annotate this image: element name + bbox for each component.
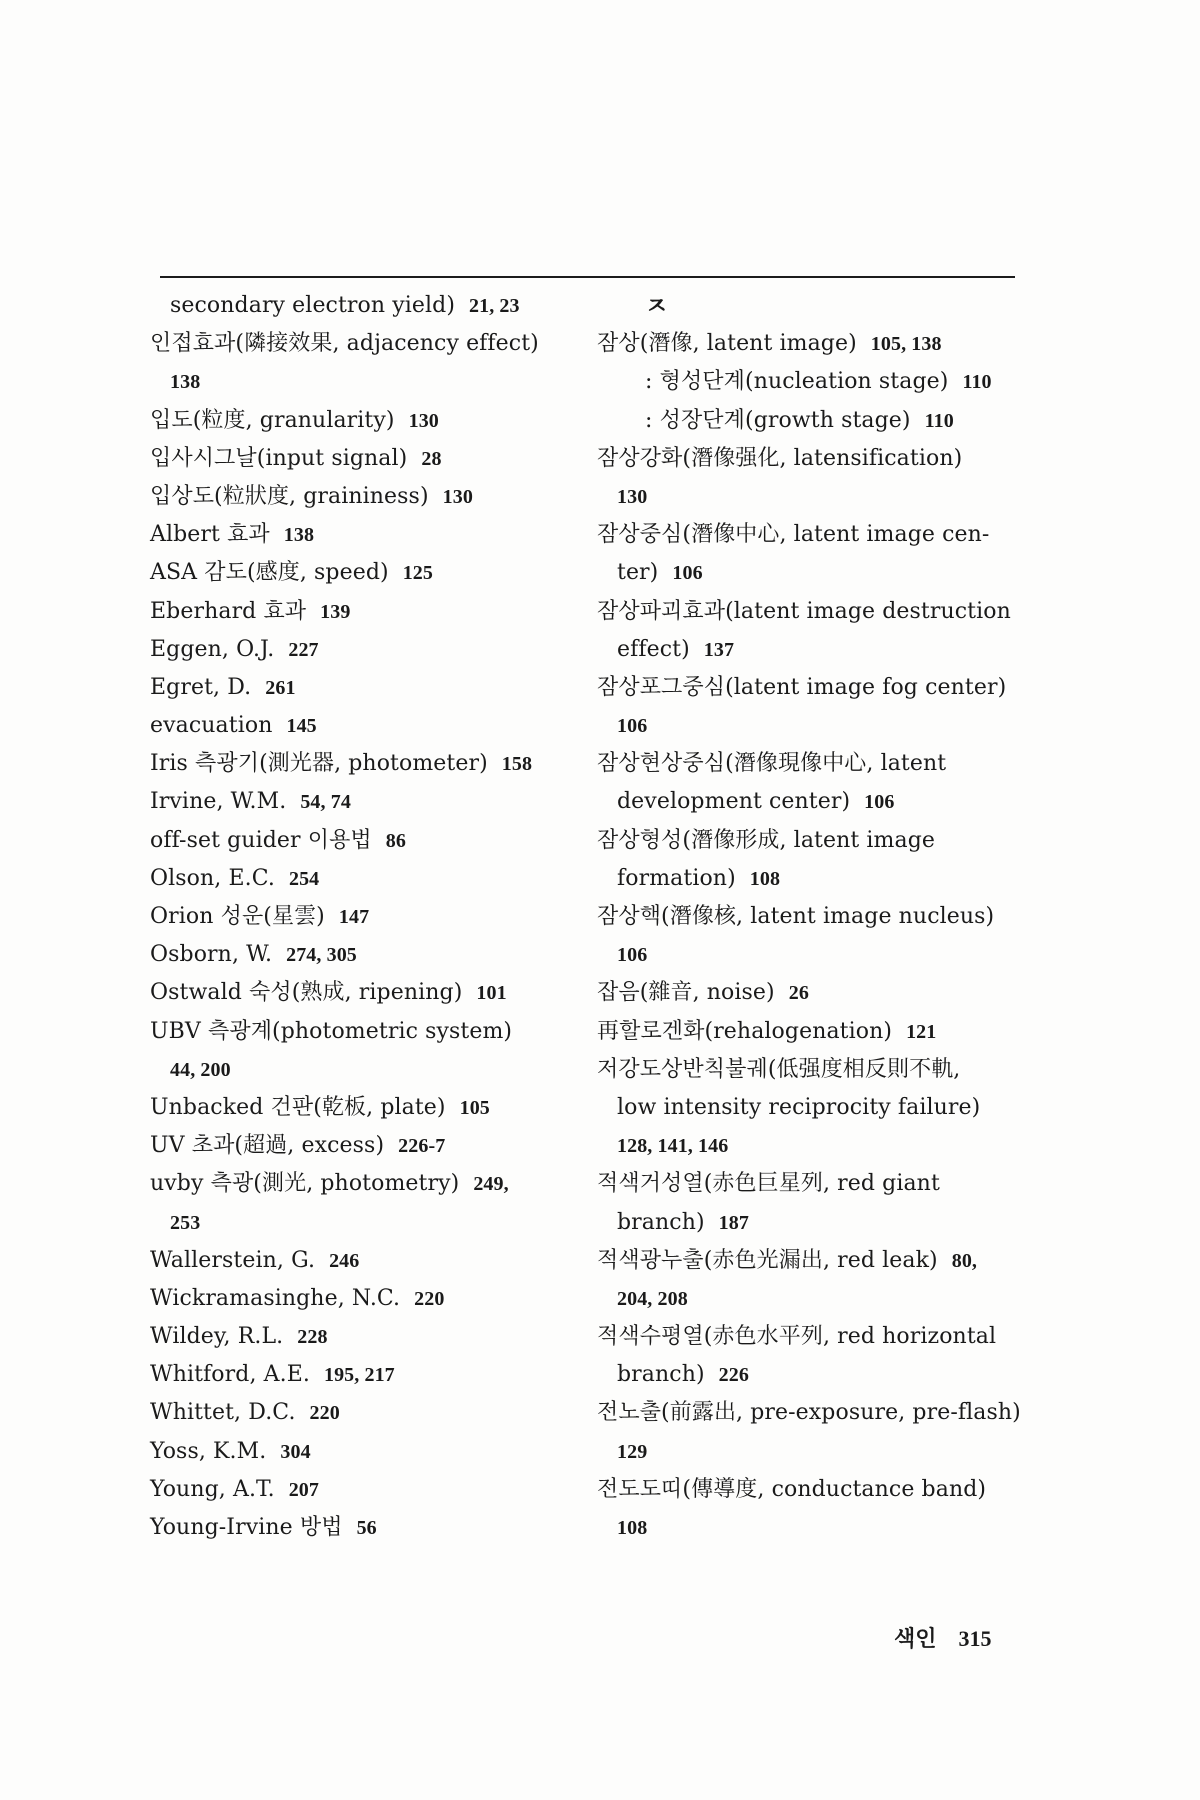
entry-term: UBV 측광계(photometric system) xyxy=(150,1019,512,1044)
entry-term: 인접효과(隣接效果, adjacency effect) xyxy=(150,331,539,356)
index-entry: 잠상파괴효과(latent image destruction xyxy=(597,593,1027,631)
index-entry: 106 xyxy=(597,936,1027,974)
entry-term: development center) xyxy=(617,789,850,814)
entry-pages: 253 xyxy=(170,1212,200,1234)
entry-pages: 106 xyxy=(617,715,647,737)
entry-pages: 105, 138 xyxy=(871,333,942,355)
index-entry: 108 xyxy=(597,1509,1027,1547)
index-entry: ASA 감도(感度, speed)125 xyxy=(150,554,570,592)
entry-pages: 274, 305 xyxy=(286,944,357,966)
index-entry: UBV 측광계(photometric system) xyxy=(150,1013,570,1051)
entry-term: Unbacked 건판(乾板, plate) xyxy=(150,1095,446,1120)
entry-pages: 130 xyxy=(443,486,473,508)
index-entry: effect)137 xyxy=(597,631,1027,669)
entry-term: Wallerstein, G. xyxy=(150,1248,315,1273)
index-entry: Young-Irvine 방법56 xyxy=(150,1509,570,1547)
index-entry: Eggen, O.J.227 xyxy=(150,631,570,669)
entry-term: 전도도띠(傳導度, conductance band) xyxy=(597,1477,986,1502)
entry-pages: 56 xyxy=(357,1517,377,1539)
entry-term: Ostwald 숙성(熟成, ripening) xyxy=(150,980,462,1005)
index-entry: branch)226 xyxy=(597,1356,1027,1394)
entry-term: Orion 성운(星雲) xyxy=(150,904,325,929)
entry-term: 전노출(前露出, pre-exposure, pre-flash) xyxy=(597,1400,1021,1425)
section-heading: ㅈ xyxy=(597,287,1027,325)
page-footer: 색인315 xyxy=(894,1622,992,1653)
entry-pages: 147 xyxy=(339,906,369,928)
index-entry: 잠상(潛像, latent image)105, 138 xyxy=(597,325,1027,363)
entry-pages: 137 xyxy=(704,639,734,661)
index-entry: 적색거성열(赤色巨星列, red giant xyxy=(597,1165,1027,1203)
entry-term: low intensity reciprocity failure) xyxy=(617,1095,980,1120)
index-entry: formation)108 xyxy=(597,860,1027,898)
index-entry: secondary electron yield)21, 23 xyxy=(150,287,570,325)
entry-pages: 138 xyxy=(284,524,314,546)
entry-pages: 254 xyxy=(289,868,319,890)
entry-pages: 129 xyxy=(617,1441,647,1463)
entry-pages: 125 xyxy=(403,562,433,584)
entry-pages: 54, 74 xyxy=(300,791,351,813)
entry-pages: 187 xyxy=(719,1212,749,1234)
entry-term: 잠상강화(潛像强化, latensification) xyxy=(597,446,962,471)
index-entry: 204, 208 xyxy=(597,1280,1027,1318)
entry-term: uvby 측광(測光, photometry) xyxy=(150,1171,459,1196)
entry-pages: 226 xyxy=(719,1364,749,1386)
entry-pages: 105 xyxy=(460,1097,490,1119)
entry-term: 잠상파괴효과(latent image destruction xyxy=(597,599,1011,624)
index-entry: 잡음(雜音, noise)26 xyxy=(597,974,1027,1012)
entry-term: 잠상형성(潛像形成, latent image xyxy=(597,828,935,853)
entry-term: Whitford, A.E. xyxy=(150,1362,310,1387)
index-entry: Yoss, K.M.304 xyxy=(150,1433,570,1471)
entry-pages: 28 xyxy=(421,448,441,470)
entry-pages: 110 xyxy=(925,410,954,432)
index-entry: 253 xyxy=(150,1204,570,1242)
index-entry: 전노출(前露出, pre-exposure, pre-flash) xyxy=(597,1394,1027,1432)
entry-pages: 246 xyxy=(329,1250,359,1272)
index-entry: 잠상핵(潛像核, latent image nucleus) xyxy=(597,898,1027,936)
index-entry: Wickramasinghe, N.C.220 xyxy=(150,1280,570,1318)
entry-term: Albert 효과 xyxy=(150,522,270,547)
index-entry: uvby 측광(測光, photometry)249, xyxy=(150,1165,570,1203)
entry-pages: 158 xyxy=(502,753,532,775)
entry-term: 입도(粒度, granularity) xyxy=(150,408,395,433)
entry-pages: 106 xyxy=(672,562,702,584)
entry-pages: 228 xyxy=(297,1326,327,1348)
entry-term: 적색광누출(赤色光漏出, red leak) xyxy=(597,1248,938,1273)
entry-pages: 101 xyxy=(476,982,506,1004)
entry-term: 잠상핵(潛像核, latent image nucleus) xyxy=(597,904,994,929)
entry-term: branch) xyxy=(617,1362,705,1387)
index-entry: 적색광누출(赤色光漏出, red leak)80, xyxy=(597,1242,1027,1280)
entry-term: Whittet, D.C. xyxy=(150,1400,296,1425)
index-entry: UV 초과(超過, excess)226-7 xyxy=(150,1127,570,1165)
entry-term: Wildey, R.L. xyxy=(150,1324,283,1349)
index-entry: 再할로겐화(rehalogenation)121 xyxy=(597,1013,1027,1051)
entry-pages: 121 xyxy=(906,1021,936,1043)
entry-pages: 249, xyxy=(473,1173,508,1195)
entry-term: Osborn, W. xyxy=(150,942,272,967)
index-entry: 저강도상반칙불궤(低强度相反則不軌, xyxy=(597,1051,1027,1089)
index-entry: 입사시그날(input signal)28 xyxy=(150,440,570,478)
entry-pages: 128, 141, 146 xyxy=(617,1135,728,1157)
entry-term: evacuation xyxy=(150,713,272,738)
index-entry: evacuation145 xyxy=(150,707,570,745)
index-entry: 106 xyxy=(597,707,1027,745)
index-entry: 전도도띠(傳導度, conductance band) xyxy=(597,1471,1027,1509)
entry-term: effect) xyxy=(617,637,690,662)
page-number: 315 xyxy=(959,1626,992,1651)
index-entry: 잠상포그중심(latent image fog center) xyxy=(597,669,1027,707)
header-rule xyxy=(160,276,1015,278)
index-entry: Wildey, R.L.228 xyxy=(150,1318,570,1356)
index-entry: 입도(粒度, granularity)130 xyxy=(150,402,570,440)
index-entry: 44, 200 xyxy=(150,1051,570,1089)
entry-term: Yoss, K.M. xyxy=(150,1439,266,1464)
index-entry: 129 xyxy=(597,1433,1027,1471)
entry-term: 잠상현상중심(潛像現像中心, latent xyxy=(597,751,946,776)
index-entry: 128, 141, 146 xyxy=(597,1127,1027,1165)
entry-term: Irvine, W.M. xyxy=(150,789,286,814)
entry-pages: 226-7 xyxy=(398,1135,445,1157)
index-entry: : 성장단계(growth stage)110 xyxy=(597,402,1027,440)
entry-term: Egret, D. xyxy=(150,675,251,700)
entry-term: 입상도(粒狀度, graininess) xyxy=(150,484,429,509)
index-entry: 적색수평열(赤色水平列, red horizontal xyxy=(597,1318,1027,1356)
entry-pages: 304 xyxy=(280,1441,310,1463)
index-entry: Whitford, A.E.195, 217 xyxy=(150,1356,570,1394)
entry-pages: 110 xyxy=(962,371,991,393)
entry-pages: 108 xyxy=(750,868,780,890)
entry-term: branch) xyxy=(617,1210,705,1235)
entry-pages: 130 xyxy=(409,410,439,432)
entry-term: Olson, E.C. xyxy=(150,866,275,891)
entry-term: ASA 감도(感度, speed) xyxy=(150,560,389,585)
index-entry: 138 xyxy=(150,363,570,401)
index-entry: 잠상현상중심(潛像現像中心, latent xyxy=(597,745,1027,783)
index-entry: Albert 효과138 xyxy=(150,516,570,554)
footer-label: 색인 xyxy=(894,1626,937,1652)
entry-term: 잡음(雜音, noise) xyxy=(597,980,775,1005)
index-entry: Orion 성운(星雲)147 xyxy=(150,898,570,936)
index-entry: 잠상형성(潛像形成, latent image xyxy=(597,822,1027,860)
entry-term: UV 초과(超過, excess) xyxy=(150,1133,384,1158)
entry-pages: 106 xyxy=(864,791,894,813)
entry-pages: 207 xyxy=(289,1479,319,1501)
entry-term: : 성장단계(growth stage) xyxy=(645,408,911,433)
index-entry: development center)106 xyxy=(597,783,1027,821)
entry-term: 입사시그날(input signal) xyxy=(150,446,407,471)
entry-pages: 86 xyxy=(386,830,406,852)
entry-pages: 26 xyxy=(789,982,809,1004)
index-entry: branch)187 xyxy=(597,1204,1027,1242)
index-column-left: secondary electron yield)21, 23인접효과(隣接效果… xyxy=(150,287,570,1547)
index-entry: Iris 측광기(測光器, photometer)158 xyxy=(150,745,570,783)
entry-pages: 80, xyxy=(952,1250,977,1272)
entry-term: 잠상중심(潛像中心, latent image cen- xyxy=(597,522,989,547)
index-entry: 130 xyxy=(597,478,1027,516)
entry-pages: 227 xyxy=(288,639,318,661)
index-entry: 인접효과(隣接效果, adjacency effect) xyxy=(150,325,570,363)
entry-pages: 138 xyxy=(170,371,200,393)
entry-pages: 204, 208 xyxy=(617,1288,688,1310)
index-entry: Young, A.T.207 xyxy=(150,1471,570,1509)
entry-term: 잠상(潛像, latent image) xyxy=(597,331,857,356)
entry-term: 적색수평열(赤色水平列, red horizontal xyxy=(597,1324,996,1349)
entry-term: Young, A.T. xyxy=(150,1477,275,1502)
entry-term: 저강도상반칙불궤(低强度相反則不軌, xyxy=(597,1057,960,1082)
index-entry: Osborn, W.274, 305 xyxy=(150,936,570,974)
index-entry: Olson, E.C.254 xyxy=(150,860,570,898)
index-entry: Irvine, W.M.54, 74 xyxy=(150,783,570,821)
entry-term: Young-Irvine 방법 xyxy=(150,1515,343,1540)
index-entry: Egret, D.261 xyxy=(150,669,570,707)
entry-pages: 108 xyxy=(617,1517,647,1539)
entry-pages: 139 xyxy=(320,601,350,623)
entry-term: Eberhard 효과 xyxy=(150,599,306,624)
index-entry: low intensity reciprocity failure) xyxy=(597,1089,1027,1127)
index-entry: ter)106 xyxy=(597,554,1027,592)
index-entry: Eberhard 효과139 xyxy=(150,593,570,631)
entry-term: 적색거성열(赤色巨星列, red giant xyxy=(597,1171,940,1196)
index-entry: Whittet, D.C.220 xyxy=(150,1394,570,1432)
entry-pages: 220 xyxy=(414,1288,444,1310)
index-entry: : 형성단계(nucleation stage)110 xyxy=(597,363,1027,401)
entry-term: : 형성단계(nucleation stage) xyxy=(645,369,948,394)
entry-pages: 220 xyxy=(310,1402,340,1424)
entry-pages: 145 xyxy=(286,715,316,737)
index-entry: 잠상중심(潛像中心, latent image cen- xyxy=(597,516,1027,554)
index-entry: Wallerstein, G.246 xyxy=(150,1242,570,1280)
index-entry: 입상도(粒狀度, graininess)130 xyxy=(150,478,570,516)
entry-term: secondary electron yield) xyxy=(170,293,455,318)
entry-term: Eggen, O.J. xyxy=(150,637,274,662)
entry-pages: 130 xyxy=(617,486,647,508)
entry-pages: 195, 217 xyxy=(324,1364,395,1386)
entry-pages: 21, 23 xyxy=(469,295,520,317)
index-entry: off-set guider 이용법86 xyxy=(150,822,570,860)
entry-term: 잠상포그중심(latent image fog center) xyxy=(597,675,1006,700)
entry-pages: 106 xyxy=(617,944,647,966)
entry-term: off-set guider 이용법 xyxy=(150,828,372,853)
index-column-right: ㅈ 잠상(潛像, latent image)105, 138: 형성단계(nuc… xyxy=(597,287,1027,1547)
index-entry: Unbacked 건판(乾板, plate)105 xyxy=(150,1089,570,1127)
entry-pages: 44, 200 xyxy=(170,1059,231,1081)
entry-term: Wickramasinghe, N.C. xyxy=(150,1286,400,1311)
entry-term: ter) xyxy=(617,560,658,585)
entry-pages: 261 xyxy=(265,677,295,699)
index-entry: Ostwald 숙성(熟成, ripening)101 xyxy=(150,974,570,1012)
entry-term: Iris 측광기(測光器, photometer) xyxy=(150,751,488,776)
entry-term: 再할로겐화(rehalogenation) xyxy=(597,1019,892,1044)
entry-term: formation) xyxy=(617,866,736,891)
index-entry: 잠상강화(潛像强化, latensification) xyxy=(597,440,1027,478)
